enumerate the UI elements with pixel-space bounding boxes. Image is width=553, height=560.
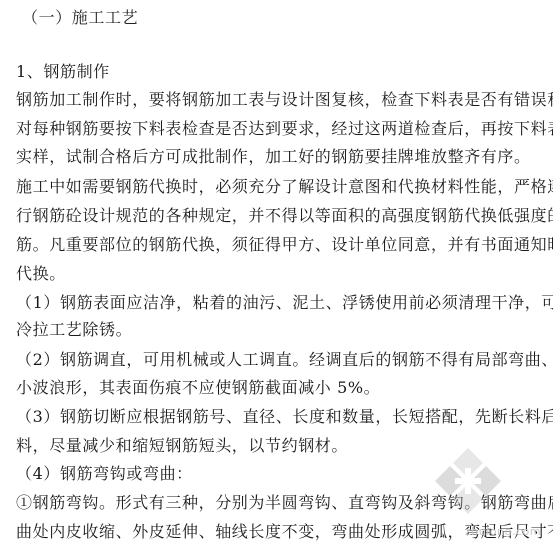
paragraph-line: 钢筋加工制作时，要将钢筋加工表与设计图复核，检查下料表是否有错误和遗漏， (16, 90, 542, 110)
list-item-line: 小波浪形，其表面伤痕不应使钢筋截面减小 5%。 (16, 378, 542, 398)
list-item-line: 冷拉工艺除锈。 (16, 320, 542, 340)
section-title: （一）施工工艺 (22, 8, 548, 28)
list-item-line: （3）钢筋切断应根据钢筋号、直径、长度和数量，长短搭配，先断长料后断短 (16, 407, 542, 427)
paragraph-line: 代换。 (16, 264, 542, 284)
list-item-line: （1）钢筋表面应洁净，粘着的油污、泥土、浮锈使用前必须清理干净，可结合 (16, 293, 542, 313)
zhulong-logo-icon (435, 448, 501, 514)
paragraph-line: 施工中如需要钢筋代换时，必须充分了解设计意图和代换材料性能，严格遵守现 (16, 177, 542, 197)
list-item-line: （2）钢筋调直，可用机械或人工调直。经调直后的钢筋不得有局部弯曲、死弯、 (16, 350, 542, 370)
watermark-text: zhulong.com (465, 525, 541, 538)
subsection-title: 1、钢筋制作 (16, 62, 542, 82)
paragraph-line: 对每种钢筋要按下料表检查是否达到要求，经过这两道检查后，再按下料表放出 (16, 119, 542, 139)
document-page: （一）施工工艺 1、钢筋制作 钢筋加工制作时，要将钢筋加工表与设计图复核，检查下… (0, 0, 553, 560)
paragraph-line: 行钢筋砼设计规范的各种规定，并不得以等面积的高强度钢筋代换低强度的钢 (16, 206, 542, 226)
paragraph-line: 实样，试制合格后方可成批制作，加工好的钢筋要挂牌堆放整齐有序。 (16, 147, 542, 167)
paragraph-line: 筋。凡重要部位的钢筋代换，须征得甲方、设计单位同意，并有书面通知时方可 (16, 235, 542, 255)
list-item-line: 曲处内皮收缩、外皮延伸、轴线长度不变，弯曲处形成圆弧，弯起后尺寸不大于 (16, 522, 542, 542)
